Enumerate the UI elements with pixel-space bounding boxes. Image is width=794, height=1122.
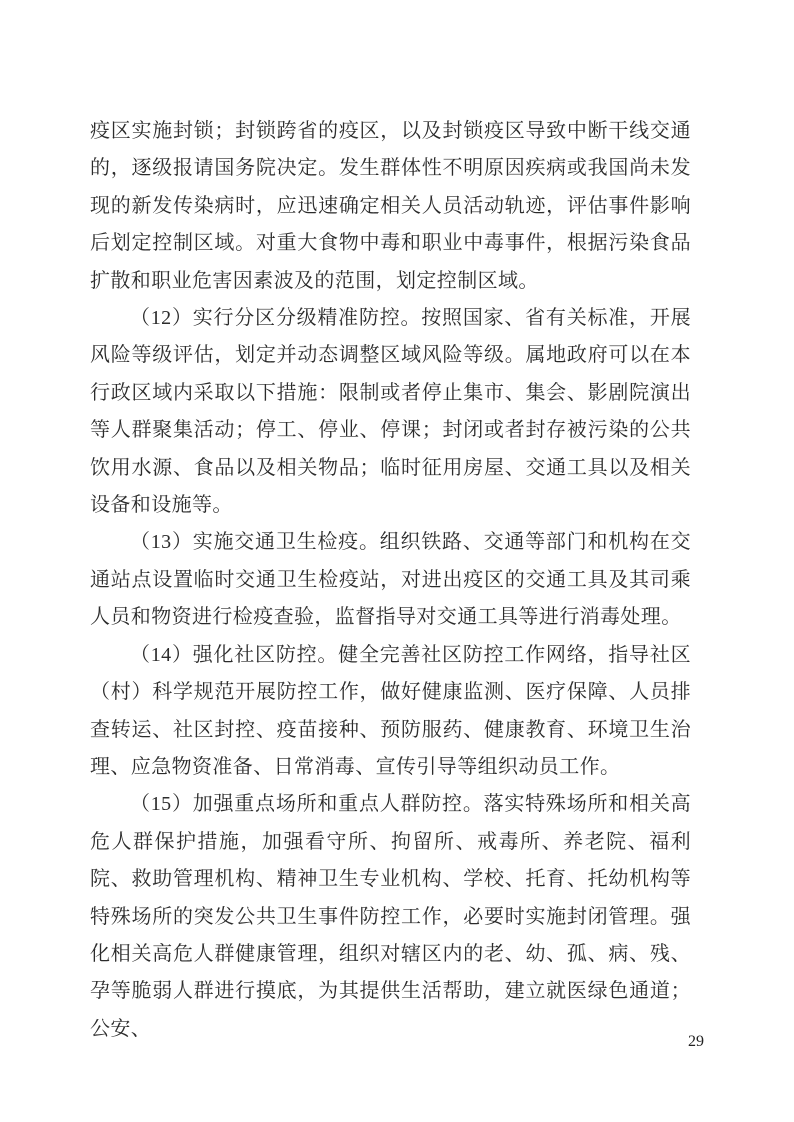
page-body: 疫区实施封锁；封锁跨省的疫区，以及封锁疫区导致中断干线交通的，逐级报请国务院决定… bbox=[90, 113, 691, 1048]
paragraph-continuation: 疫区实施封锁；封锁跨省的疫区，以及封锁疫区导致中断干线交通的，逐级报请国务院决定… bbox=[90, 113, 691, 300]
paragraph-item-12: （12）实行分区分级精准防控。按照国家、省有关标准，开展风险等级评估，划定并动态… bbox=[90, 300, 691, 524]
paragraph-item-14: （14）强化社区防控。健全完善社区防控工作网络，指导社区（村）科学规范开展防控工… bbox=[90, 637, 691, 787]
page-number: 29 bbox=[676, 1033, 716, 1051]
paragraph-item-15: （15）加强重点场所和重点人群防控。落实特殊场所和相关高危人群保护措施，加强看守… bbox=[90, 786, 691, 1048]
document-page: 疫区实施封锁；封锁跨省的疫区，以及封锁疫区导致中断干线交通的，逐级报请国务院决定… bbox=[0, 0, 794, 1122]
paragraph-item-13: （13）实施交通卫生检疫。组织铁路、交通等部门和机构在交通站点设置临时交通卫生检… bbox=[90, 524, 691, 636]
